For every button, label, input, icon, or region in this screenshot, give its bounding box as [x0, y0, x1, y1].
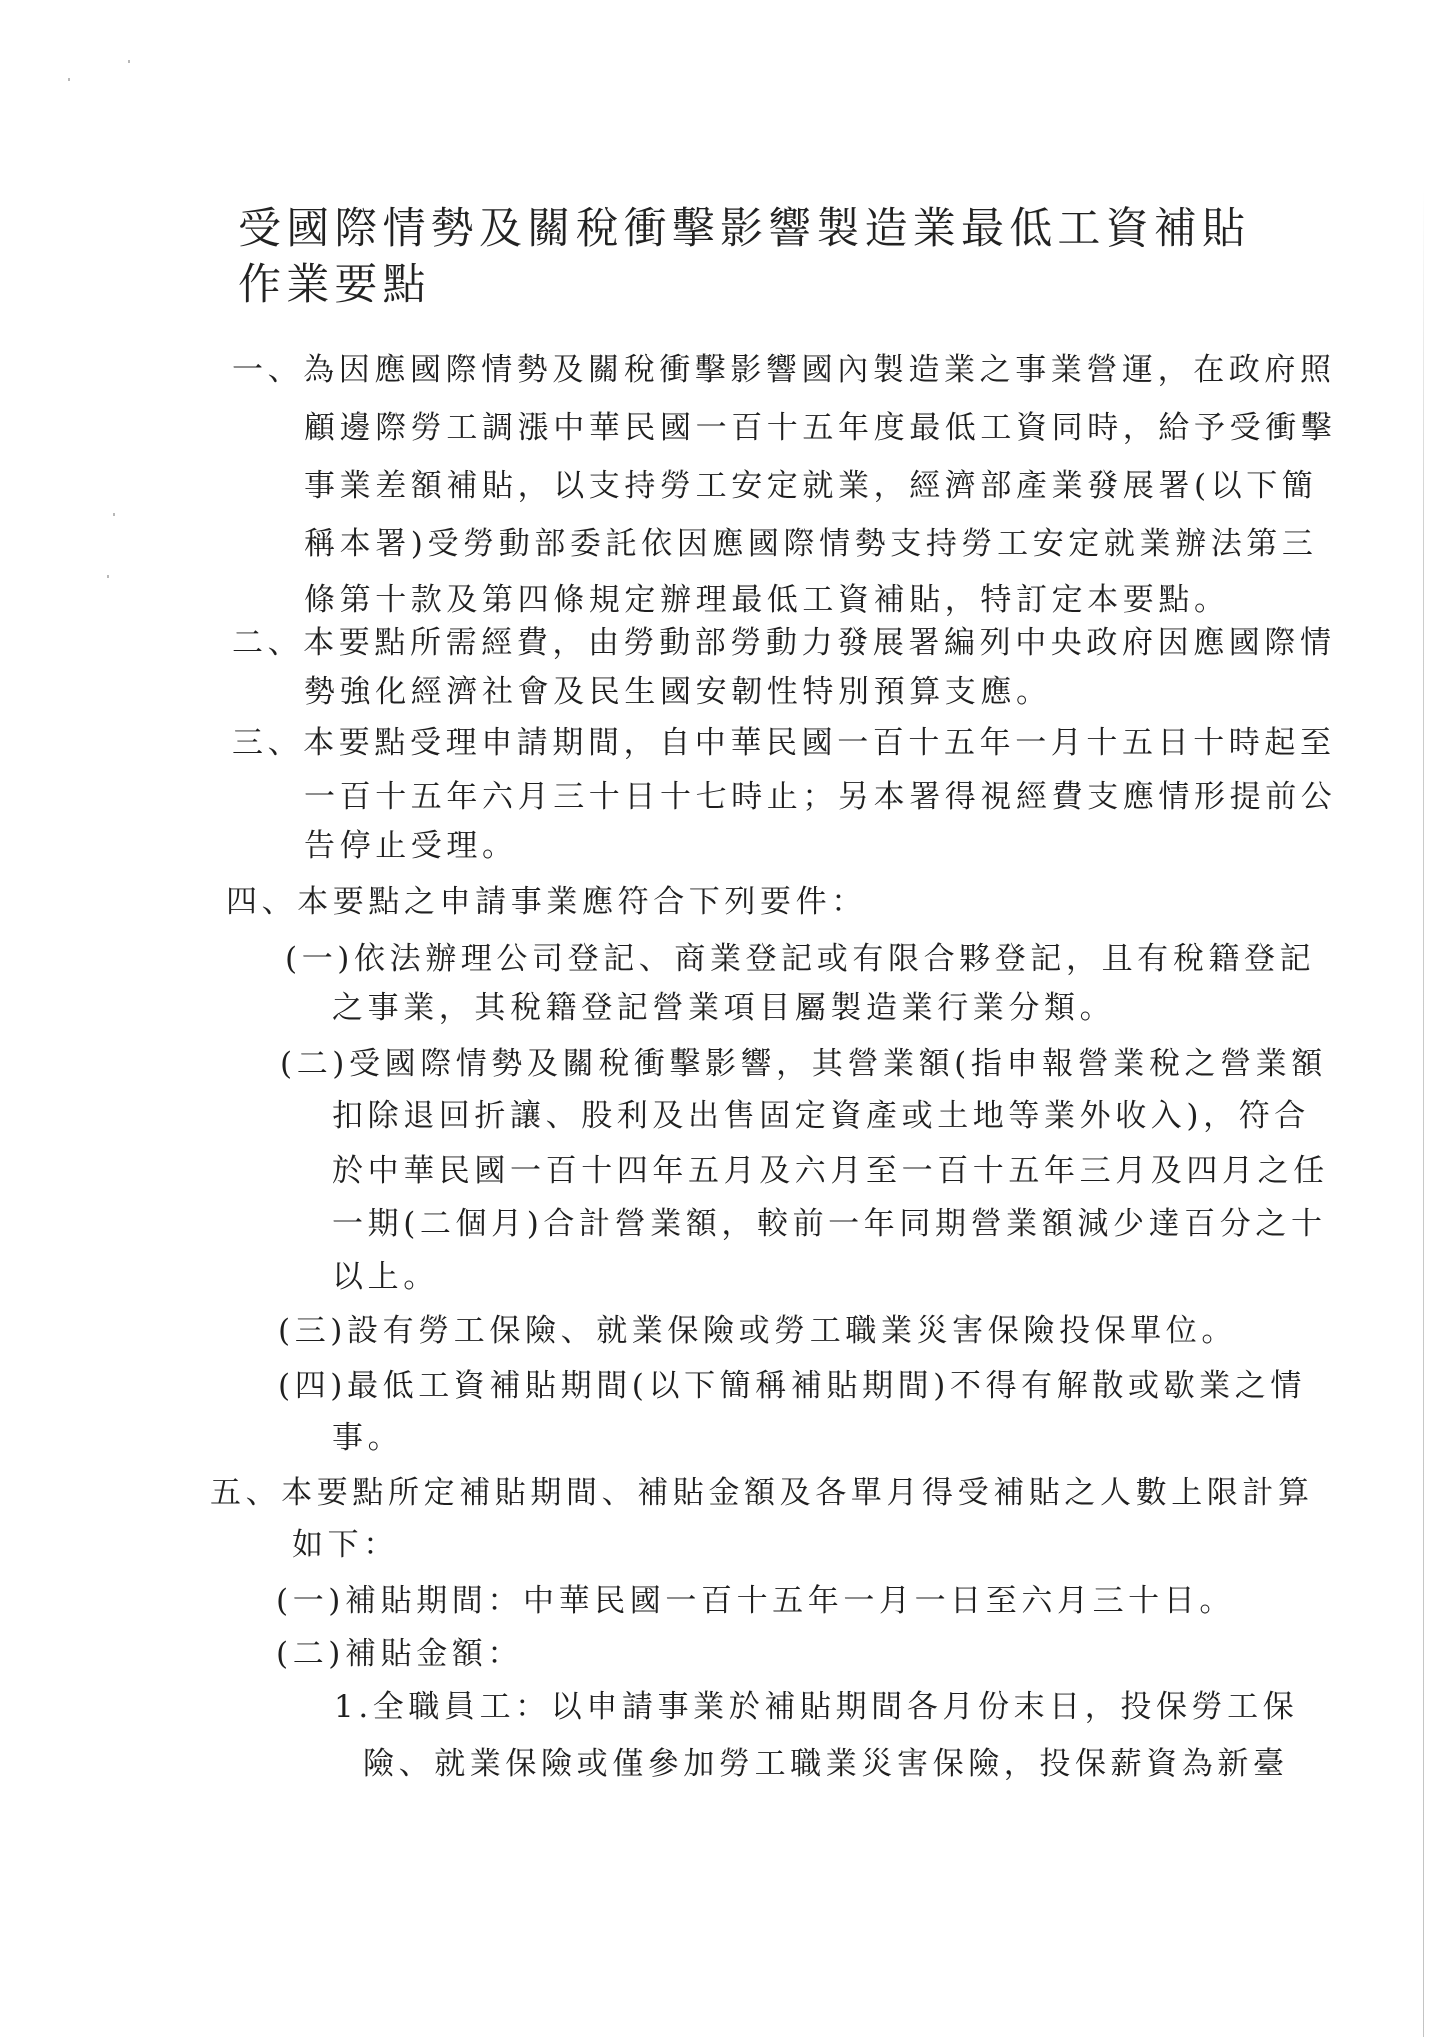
- item-line: (一)依法辦理公司登記、商業登記或有限合夥登記，且有稅籍登記: [285, 944, 1315, 975]
- section-2-line: 二、本要點所需經費，由勞動部勞動力發展署編列中央政府因應國際情: [232, 628, 1336, 659]
- item-line: (一)補貼期間：中華民國一百十五年一月一日至六月三十日。: [276, 1586, 1235, 1617]
- section-1-line: 稱本署)受勞動部委託依因應國際情勢支持勞工安定就業辦法第三: [304, 529, 1318, 560]
- item-line: 之事業，其稅籍登記營業項目屬製造業行業分類。: [332, 993, 1115, 1024]
- document-title-line-1: 受國際情勢及關稅衝擊影響製造業最低工資補貼: [238, 208, 1250, 251]
- item-line: 事。: [332, 1423, 403, 1454]
- subitem-line: 1.全職員工：以申請事業於補貼期間各月份末日，投保勞工保: [334, 1692, 1298, 1723]
- section-3-line: 一百十五年六月三十日十七時止；另本署得視經費支應情形提前公: [304, 782, 1336, 813]
- subitem-line: 險、就業保險或僅參加勞工職業災害保險，投保薪資為新臺: [363, 1749, 1289, 1780]
- section-3-line: 告停止受理。: [304, 831, 518, 862]
- scan-speck: [113, 513, 115, 516]
- item-line: (四)最低工資補貼期間(以下簡稱補貼期間)不得有解散或歇業之情: [278, 1371, 1306, 1402]
- item-line: (二)受國際情勢及關稅衝擊影響，其營業額(指申報營業稅之營業額: [280, 1049, 1327, 1080]
- section-5-line: 五、本要點所定補貼期間、補貼金額及各單月得受補貼之人數上限計算: [210, 1478, 1314, 1509]
- document-title-line-2: 作業要點: [238, 264, 431, 307]
- section-1-line: 事業差額補貼，以支持勞工安定就業，經濟部產業發展署(以下簡: [304, 471, 1318, 502]
- item-line: 一期(二個月)合計營業額，較前一年同期營業額減少達百分之十: [332, 1209, 1327, 1240]
- scan-speck: [128, 60, 130, 63]
- item-line: 於中華民國一百十四年五月及六月至一百十五年三月及四月之任: [332, 1156, 1329, 1187]
- section-2-line: 勢強化經濟社會及民生國安韌性特別預算支應。: [304, 677, 1052, 708]
- section-4-line: 四、本要點之申請事業應符合下列要件：: [226, 887, 867, 918]
- item-line: 扣除退回折讓、股利及出售固定資產或土地等業外收入)，符合: [332, 1101, 1310, 1132]
- item-line: 以上。: [332, 1262, 439, 1293]
- document-page: 受國際情勢及關稅衝擊影響製造業最低工資補貼 作業要點 一、為因應國際情勢及關稅衝…: [0, 0, 1440, 2037]
- section-1-line: 顧邊際勞工調漲中華民國一百十五年度最低工資同時，給予受衝擊: [304, 413, 1336, 444]
- item-line: (二)補貼金額：: [276, 1639, 523, 1670]
- scan-edge-line: [1423, 190, 1424, 2037]
- section-5-line: 如下：: [292, 1530, 399, 1561]
- scan-speck: [68, 78, 70, 81]
- section-1-line: 一、為因應國際情勢及關稅衝擊影響國內製造業之事業營運，在政府照: [232, 355, 1336, 386]
- section-1-line: 條第十款及第四條規定辦理最低工資補貼，特訂定本要點。: [304, 585, 1230, 616]
- scan-speck: [107, 575, 109, 578]
- section-3-line: 三、本要點受理申請期間，自中華民國一百十五年一月十五日十時起至: [232, 728, 1336, 759]
- item-line: (三)設有勞工保險、就業保險或勞工職業災害保險投保單位。: [278, 1316, 1237, 1347]
